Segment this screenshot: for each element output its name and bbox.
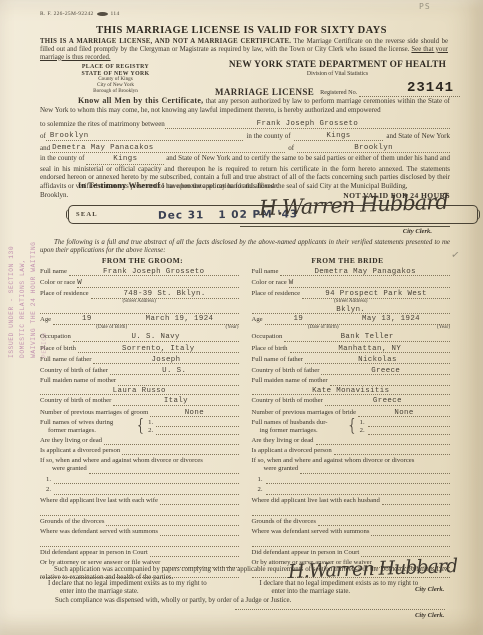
department-block: NEW YORK STATE DEPARTMENT OF HEALTH Divi… (215, 60, 460, 97)
dotted-filler (252, 545, 451, 547)
dotted-filler (368, 426, 450, 427)
form-row: Full name of fatherNickolas (252, 355, 451, 364)
field-value: Greece (371, 367, 400, 375)
dotted-filler (156, 426, 238, 427)
field-label: Place of residence (252, 290, 303, 298)
seal-signature-row: SEAL Dec 31 1 02 PM '43 H.Warren Hubbard… (40, 200, 450, 238)
field-label: Full maiden name of mother (40, 377, 118, 385)
groom-name-line: to solemnize the rites of matrimony betw… (40, 117, 450, 129)
field-value: Laura Russo (113, 387, 166, 395)
numbered-blank-line: 2. (252, 486, 451, 495)
waiver-stamp: ISSUED UNDER - SECTION 130DOMESTIC RELAT… (0, 252, 112, 296)
question-line2: were granted (40, 465, 89, 473)
license-label: MARRIAGE LICENSE (215, 87, 314, 97)
field-label: Did defendant appear in person in Court (40, 549, 150, 557)
dotted-filler (54, 483, 238, 484)
question-paragraph: If so, when and where and against whom d… (40, 457, 239, 474)
testimony-gothic: In Testimony Whereof (78, 181, 160, 190)
dotted-filler: None (150, 408, 238, 417)
compliance-paragraph: Such compliance was dispensed with, whol… (55, 597, 415, 605)
year-sublabel: (Year) (395, 325, 450, 331)
groom-column: Full nameFrank Joseph GrossetoColor or r… (40, 267, 239, 596)
numbered-blank-line: 2. (40, 486, 239, 495)
line-number: 2. (360, 427, 368, 435)
former-marriages-row: Full names of wives duringformer marriag… (40, 419, 239, 435)
field-label: Is applicant a divorced person (252, 447, 334, 455)
former-marriages-row: Full names of husbands dur-ing former ma… (252, 419, 451, 435)
field-label: Occupation (252, 333, 285, 341)
dotted-filler (156, 434, 238, 435)
dotted-filler: Nickolas (305, 355, 450, 364)
stamp-line: PERIOD (39, 190, 50, 358)
brace-glyph: { (133, 423, 148, 431)
birthdate-value: May 13, 1924 (332, 315, 450, 323)
form-row: Where did applicant live last with each … (252, 497, 451, 505)
line-number: 1. (360, 419, 368, 427)
dotted-filler: 748-39 St. Bklyn. (91, 289, 239, 298)
and-label: and (40, 143, 50, 153)
dotted-filler (106, 525, 238, 526)
document-title: THIS MARRIAGE LICENSE IS VALID FOR SIXTY… (0, 25, 483, 36)
dotted-filler: Manhattan, NY (290, 344, 450, 353)
gothic-heading: Know all Men by this Certificate, (78, 96, 203, 105)
blank-rule (252, 538, 451, 547)
testimony-paragraph: In Testimony Whereof I have hereunto set… (40, 182, 450, 191)
blank-rule (252, 507, 451, 516)
stamp-line: DOMESTIC RELATIONS LAW, (17, 190, 28, 358)
field-value: Sorrento, Italy (122, 345, 195, 353)
registry-line5: Borough of Brooklyn (58, 89, 173, 95)
pencil-annotation: PS (419, 2, 431, 11)
declaration-paragraph: I declare that no legal impediment exist… (40, 580, 239, 596)
dotted-filler (266, 494, 450, 495)
clerk-title-3: City Clerk. (415, 612, 444, 619)
field-value: U. S. (162, 367, 186, 375)
field-label: Is applicant a divorced person (40, 447, 122, 455)
form-row: Place of birthManhattan, NY (252, 344, 451, 353)
dotted-filler: Demetra May Panagakos (280, 267, 450, 276)
field-label: Country of birth of father (40, 367, 110, 375)
signature-line (240, 226, 450, 227)
compliance-signature-line (235, 609, 445, 610)
dotted-filler: Greece (321, 366, 450, 375)
field-label: Where was defendant served with summons (252, 528, 372, 536)
field-label: Are they living or dead (252, 437, 316, 445)
dotted-filler: Sorrento, Italy (78, 344, 238, 353)
clerk-title: City Clerk. (403, 228, 432, 235)
year-sublabel: (Year) (183, 325, 238, 331)
field-label: Country of birth of mother (252, 397, 325, 405)
dotted-filler: Laura Russo (40, 386, 239, 395)
dotted-filler: 19March 19, 1924 (53, 315, 238, 324)
bride-name-line: and Demetra May Panacakos of Brooklyn (40, 141, 450, 153)
form-row: Place of residence94 Prospect Park West(… (252, 289, 451, 313)
dotted-filler: Italy (113, 396, 238, 405)
line-number: 2. (252, 486, 266, 495)
dotted-filler: W (289, 278, 450, 287)
dotted-filler: 94 Prospect Park West (302, 289, 450, 298)
dotted-filler: Bklyn. (252, 305, 451, 314)
field-value: 94 Prospect Park West (325, 290, 427, 298)
line-number: 1. (252, 476, 266, 485)
field-label: Number of previous marriages of bride (252, 409, 359, 417)
numbered-blank-line: 1. (360, 419, 450, 427)
dotted-filler (266, 483, 450, 484)
field-value: Joseph (151, 356, 180, 364)
dotted-filler: Kate Monavisitis (252, 386, 451, 395)
field-label: Full maiden name of mother (252, 377, 330, 385)
line-number: 1. (40, 476, 54, 485)
form-code-number: 114 (111, 11, 120, 17)
numbered-blank-line: 1. (40, 476, 239, 485)
dotted-filler (371, 535, 450, 536)
dotted-filler: U. S. (110, 366, 239, 375)
authorization-paragraph: Know all Men by this Certificate, that a… (40, 97, 450, 114)
field-label: Grounds of the divorces (252, 518, 318, 526)
notice-paragraph: THIS IS A MARRIAGE LICENSE, AND NOT A MA… (40, 38, 448, 61)
bride-column: Full nameDemetra May PanagakosColor or r… (252, 267, 451, 596)
numbered-blank-line: 1. (252, 476, 451, 485)
field-value: Demetra May Panagakos (314, 268, 416, 276)
notice-bold: THIS IS A MARRIAGE LICENSE, AND NOT A MA… (40, 38, 291, 45)
registered-label: Registered No. (320, 89, 357, 97)
question-line2: were granted (252, 465, 301, 473)
dotted-filler (40, 305, 239, 314)
bride-name-entry: Demetra May Panacakos (50, 144, 154, 152)
field-value: Greece (373, 397, 402, 405)
form-row: Country of birth of fatherGreece (252, 366, 451, 375)
form-row: OccupationU. S. Navy (40, 332, 239, 341)
dotted-filler (160, 504, 239, 505)
groom-city-entry: Brooklyn (46, 132, 89, 140)
dotted-filler (150, 556, 239, 557)
field-label: Full names of wives duringformer marriag… (40, 419, 133, 434)
dob-sublabel: (Date of Birth) (252, 325, 395, 331)
dotted-filler (89, 473, 239, 474)
dotted-filler: 19May 13, 1924 (265, 315, 450, 324)
field-value: Italy (164, 397, 188, 405)
dotted-filler (334, 454, 450, 455)
dotted-filler (54, 494, 238, 495)
line-number: 2. (40, 486, 54, 495)
county-label-2: in the county of (40, 154, 84, 162)
form-row: Full nameDemetra May Panagakos (252, 267, 451, 276)
form-row: Is applicant a divorced person (252, 447, 451, 455)
field-value: U. S. Navy (131, 333, 179, 341)
dotted-filler (318, 525, 450, 526)
field-label: Grounds of the divorces (40, 518, 106, 526)
dotted-filler: Joseph (93, 355, 238, 364)
dotted-filler: U. S. Navy (73, 332, 239, 341)
of-label-2: of (285, 143, 297, 153)
form-row: Full maiden name of motherKate Monavisit… (252, 377, 451, 394)
form-row: Grounds of the divorces (252, 518, 451, 526)
field-label: Full name of father (252, 356, 305, 364)
groom-county-entry: Kings (326, 132, 350, 140)
parties-section: to solemnize the rites of matrimony betw… (40, 117, 450, 190)
field-value: Frank Joseph Grosseto (103, 268, 205, 276)
field-label: Color or race (252, 279, 289, 287)
pencil-checkmark: ✓ (450, 249, 460, 261)
dotted-filler (316, 444, 450, 445)
age-value: 19 (53, 315, 120, 323)
place-of-registry: PLACE OF REGISTRY STATE OF NEW YORK Coun… (58, 64, 173, 95)
dotted-filler (368, 434, 450, 435)
form-row: Where did applicant live last with each … (40, 497, 239, 505)
form-row: Country of birth of motherItaly (40, 396, 239, 405)
groom-name-entry: Frank Joseph Grosseto (257, 120, 359, 128)
field-label: Country of birth of mother (40, 397, 113, 405)
dotted-filler: None (358, 408, 450, 417)
dotted-filler (104, 444, 238, 445)
birthdate-value: March 19, 1924 (121, 315, 239, 323)
field-label: Number of previous marriages of groom (40, 409, 150, 417)
bride-county-entry: Kings (113, 155, 137, 163)
line-number: 2. (148, 427, 156, 435)
dotted-filler (160, 535, 239, 536)
license-number-line: MARRIAGE LICENSE Registered No. 23141 (215, 80, 460, 97)
field-label: Where did applicant live last with each … (252, 497, 382, 505)
brace-glyph: { (345, 423, 360, 431)
field-value: Bklyn. (336, 306, 365, 314)
form-row: Color or raceW (252, 278, 451, 287)
form-row: Full name of fatherJoseph (40, 355, 239, 364)
form-row: Where was defendant served with summons (252, 528, 451, 536)
bride-column-header: FROM THE BRIDE (245, 256, 450, 265)
numbered-blank-line: 2. (148, 427, 238, 435)
field-value: Kate Monavisitis (312, 387, 389, 395)
bride-city-entry: Brooklyn (354, 144, 393, 152)
registry-line1: PLACE OF REGISTRY (58, 64, 173, 71)
age-row: Age19May 13, 1924(Date of Birth)(Year) (252, 315, 451, 330)
field-label: Full names of husbands dur-ing former ma… (252, 419, 345, 434)
declaration-line2: enter into the marriage state. (48, 588, 239, 596)
blank-rule (40, 538, 239, 547)
field-value: Nickolas (358, 356, 397, 364)
field-label: Country of birth of father (252, 367, 322, 375)
form-row: Did defendant appear in person in Court (40, 549, 239, 557)
numbered-blank-line: 1. (148, 419, 238, 427)
field-value: Manhattan, NY (338, 345, 401, 353)
testimony-text: I have hereunto set my hand and affixed … (160, 182, 407, 190)
field-value: W (289, 279, 294, 287)
division-subtitle: Division of Vital Statistics (215, 71, 460, 77)
question-line1: If so, when and where and against whom d… (252, 457, 451, 465)
form-row: Country of birth of motherGreece (252, 396, 451, 405)
form-row: Full maiden name of motherLaura Russo (40, 377, 239, 394)
dotted-filler (122, 454, 238, 455)
field-label: Where was defendant served with summons (40, 528, 160, 536)
form-row: Are they living or dead (252, 437, 451, 445)
field-label: Full name (252, 268, 281, 276)
clerk-title-2: City Clerk. (415, 586, 444, 593)
field-value: None (185, 409, 204, 417)
field-label: Did defendant appear in person in Court (252, 549, 362, 557)
field-value: 748-39 St. Bklyn. (123, 290, 205, 298)
form-code-text: R. F. 226-25M-92242 (40, 11, 94, 17)
marriage-license-document: R. F. 226-25M-92242 114 PS THIS MARRIAGE… (0, 0, 483, 635)
stamp-line: WAIVING THE 24 HOUR WAITING (28, 190, 39, 358)
age-row: Age19March 19, 1924(Date of Birth)(Year) (40, 315, 239, 330)
form-row: Grounds of the divorces (40, 518, 239, 526)
age-value: 19 (265, 315, 332, 323)
blank-rule (40, 507, 239, 516)
county-label: in the county of (243, 131, 293, 141)
line-number: 1. (148, 419, 156, 427)
field-label: Where did applicant live last with each … (40, 497, 160, 505)
form-row: Where was defendant served with summons (40, 528, 239, 536)
dotted-filler (40, 514, 239, 516)
department-title: NEW YORK STATE DEPARTMENT OF HEALTH (215, 60, 460, 70)
question-line1: If so, when and where and against whom d… (40, 457, 239, 465)
union-bug-icon (97, 12, 108, 16)
form-row: Are they living or dead (40, 437, 239, 445)
dotted-filler: Greece (325, 396, 450, 405)
form-code: R. F. 226-25M-92242 114 (40, 11, 120, 17)
dotted-filler: Bank Teller (284, 332, 450, 341)
field-value: None (394, 409, 413, 417)
state-label: and State of New York (383, 131, 450, 141)
dotted-filler (300, 473, 450, 474)
field-label: Place of birth (252, 345, 290, 353)
dotted-filler (40, 545, 239, 547)
dob-sublabel: (Date of Birth) (40, 325, 183, 331)
abstract-columns: Full nameFrank Joseph GrossetoColor or r… (40, 267, 450, 596)
field-value: Bank Teller (341, 333, 394, 341)
form-row: Place of birthSorrento, Italy (40, 344, 239, 353)
numbered-blank-line: 2. (360, 427, 450, 435)
registered-number: 23141 (401, 80, 460, 97)
dotted-filler (252, 514, 451, 516)
field-label: Are they living or dead (40, 437, 104, 445)
question-paragraph: If so, when and where and against whom d… (252, 457, 451, 474)
form-row: OccupationBank Teller (252, 332, 451, 341)
form-row: Country of birth of fatherU. S. (40, 366, 239, 375)
dotted-filler (382, 504, 450, 505)
solemnize-label: to solemnize the rites of matrimony betw… (40, 119, 165, 129)
field-label: Age (252, 316, 265, 324)
stamp-line: ISSUED UNDER - SECTION 130 (6, 190, 17, 358)
groom-residence-line: of Brooklyn in the county of Kings and S… (40, 129, 450, 141)
form-row: Is applicant a divorced person (40, 447, 239, 455)
